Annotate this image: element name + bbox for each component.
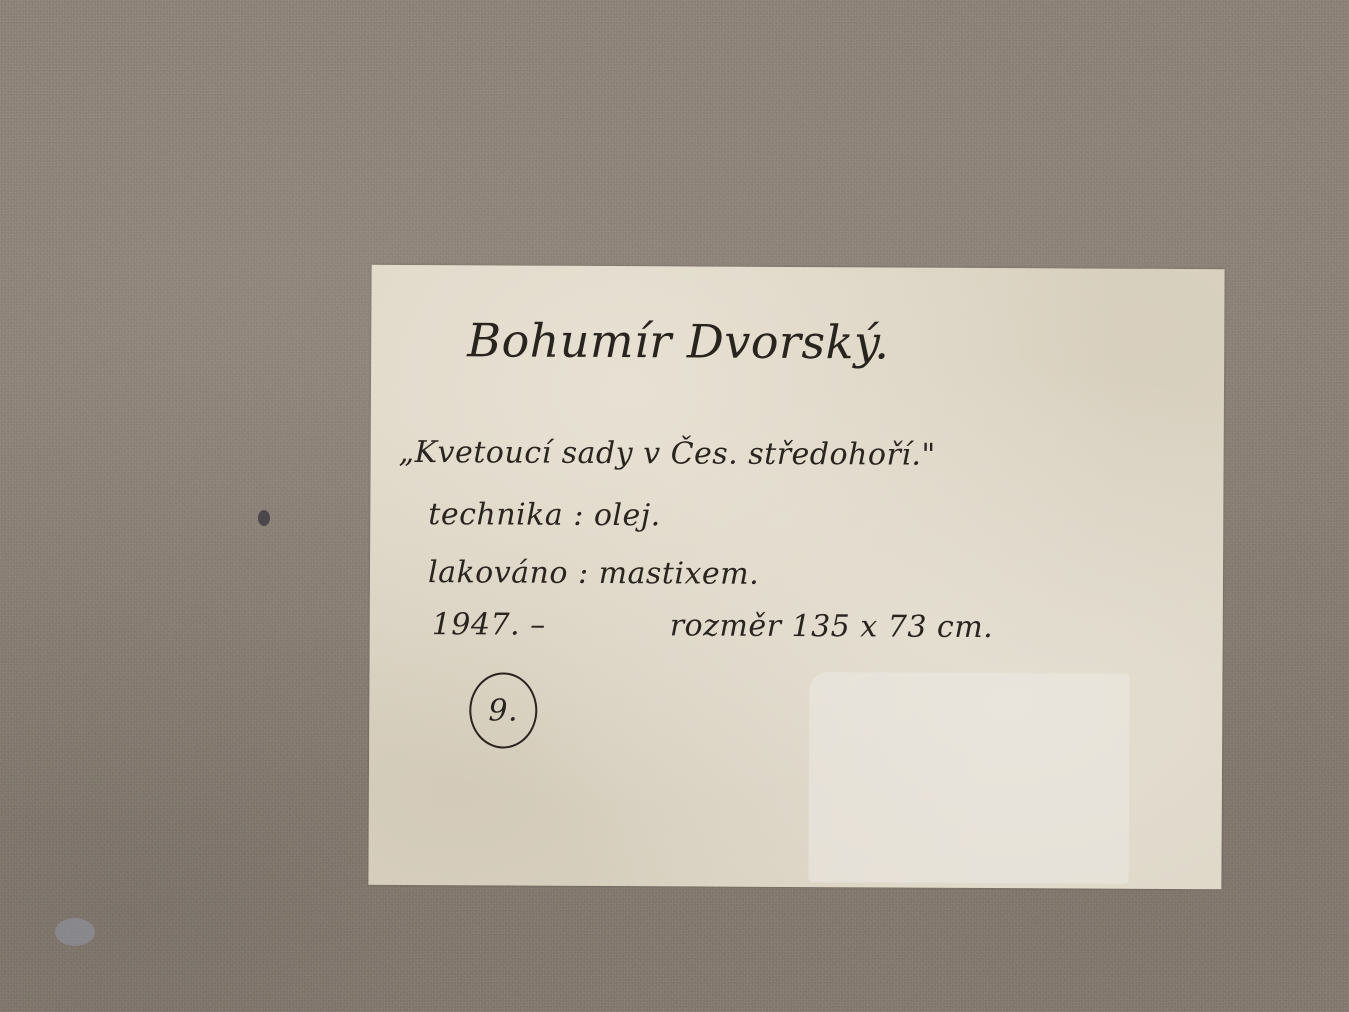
catalog-number-circle: 9. xyxy=(469,672,537,748)
painting-title: „Kvetoucí sady v Čes. středohoří." xyxy=(399,435,936,473)
paper-label: Bohumír Dvorský. „Kvetoucí sady v Čes. s… xyxy=(368,265,1224,889)
ink-stain xyxy=(258,510,270,526)
dimensions-line: rozměr 135 x 73 cm. xyxy=(670,608,994,645)
tape-residue xyxy=(808,672,1129,884)
varnish-line: lakováno : mastixem. xyxy=(428,555,759,592)
date-line: 1947. – xyxy=(432,607,546,643)
artist-name: Bohumír Dvorský. xyxy=(467,313,890,369)
catalog-number: 9. xyxy=(488,693,518,728)
blue-mark xyxy=(55,918,95,946)
technique-line: technika : olej. xyxy=(428,497,661,533)
